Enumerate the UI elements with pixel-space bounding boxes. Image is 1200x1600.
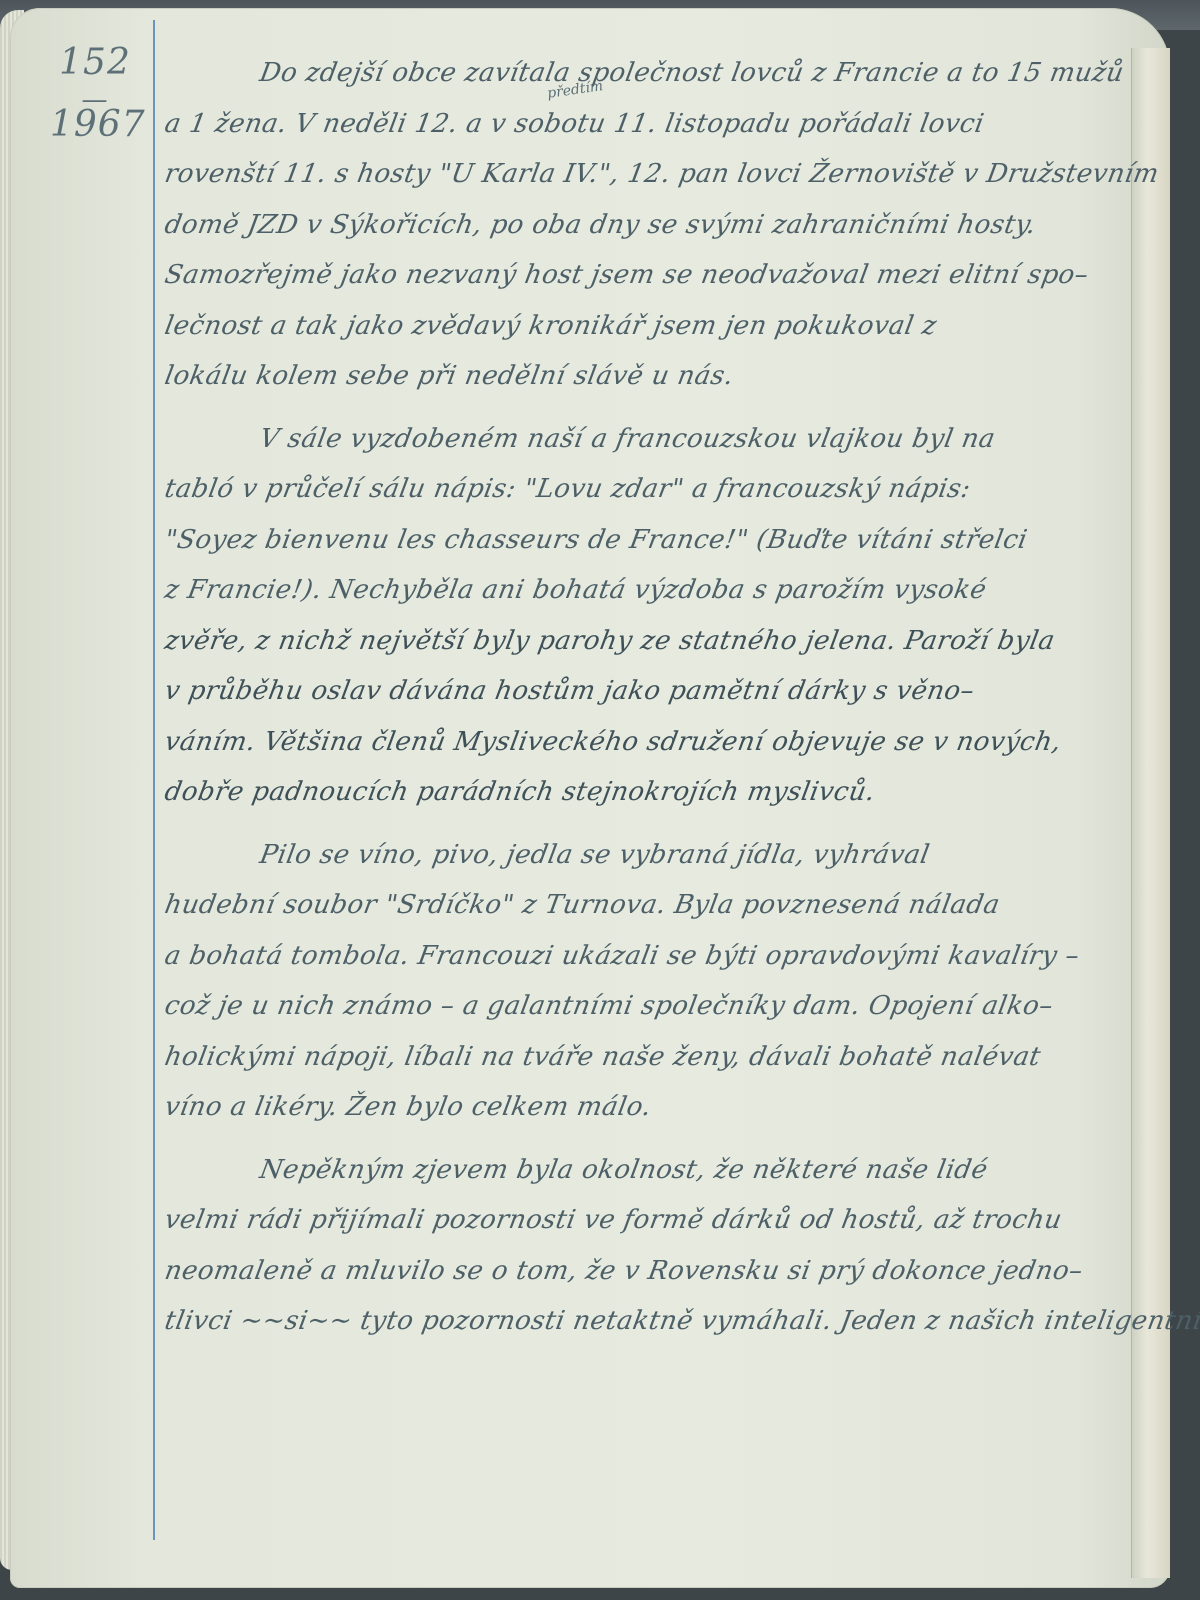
text-line: dobře padnoucích parádních stejnokrojích… (161, 767, 1130, 818)
text-line: zvěře, z nichž největší byly parohy ze s… (161, 616, 1130, 667)
text-line: hudební soubor "Srdíčko" z Turnova. Byla… (161, 880, 1130, 931)
text-line: rovenští 11. s hosty "U Karla IV.", 12. … (161, 149, 1130, 200)
text-line: tabló v průčelí sálu nápis: "Lovu zdar" … (161, 464, 1130, 515)
margin-rule (153, 20, 155, 1540)
next-page-edge (1131, 48, 1170, 1578)
text-line: "Soyez bienvenu les chasseurs de France!… (161, 515, 1130, 566)
text-line: V sále vyzdobeném naší a francouzskou vl… (161, 414, 1130, 465)
text-line: Do zdejší obce zavítala společnost lovců… (161, 48, 1130, 99)
text-line: velmi rádi přijímali pozornosti ve formě… (161, 1195, 1130, 1246)
text-line: tlivci ~~si~~ tyto pozornosti netaktně v… (161, 1296, 1130, 1347)
text-line: v průběhu oslav dávána hostům jako pamět… (161, 666, 1130, 717)
handwritten-body: Do zdejší obce zavítala společnost lovců… (165, 48, 1125, 1347)
text-line: a 1 žena. V neděli 12. a v sobotu 11. li… (161, 99, 1130, 150)
text-line: z Francie!). Nechyběla ani bohatá výzdob… (161, 565, 1130, 616)
text-line: Samozřejmě jako nezvaný host jsem se neo… (161, 250, 1130, 301)
text-line: což je u nich známo – a galantními spole… (161, 981, 1130, 1032)
text-line: Nepěkným zjevem byla okolnost, že někter… (161, 1145, 1130, 1196)
text-line: víno a likéry. Žen bylo celkem málo. (161, 1082, 1130, 1133)
text-line: a bohatá tombola. Francouzi ukázali se b… (161, 931, 1130, 982)
text-line: lokálu kolem sebe při nedělní slávě u ná… (161, 351, 1130, 402)
text-line: holickými nápoji, líbali na tváře naše ž… (161, 1032, 1130, 1083)
text-line: lečnost a tak jako zvědavý kronikář jsem… (161, 301, 1130, 352)
page-number: 152 (50, 42, 140, 83)
text-line: domě JZD v Sýkořicích, po oba dny se svý… (161, 200, 1130, 251)
text-line: váním. Většina členů Mysliveckého sdruže… (161, 717, 1130, 768)
text-line: neomaleně a mluvilo se o tom, že v Roven… (161, 1246, 1130, 1297)
text-line: Pilo se víno, pivo, jedla se vybraná jíd… (161, 830, 1130, 881)
margin-year: 1967 (50, 104, 140, 145)
